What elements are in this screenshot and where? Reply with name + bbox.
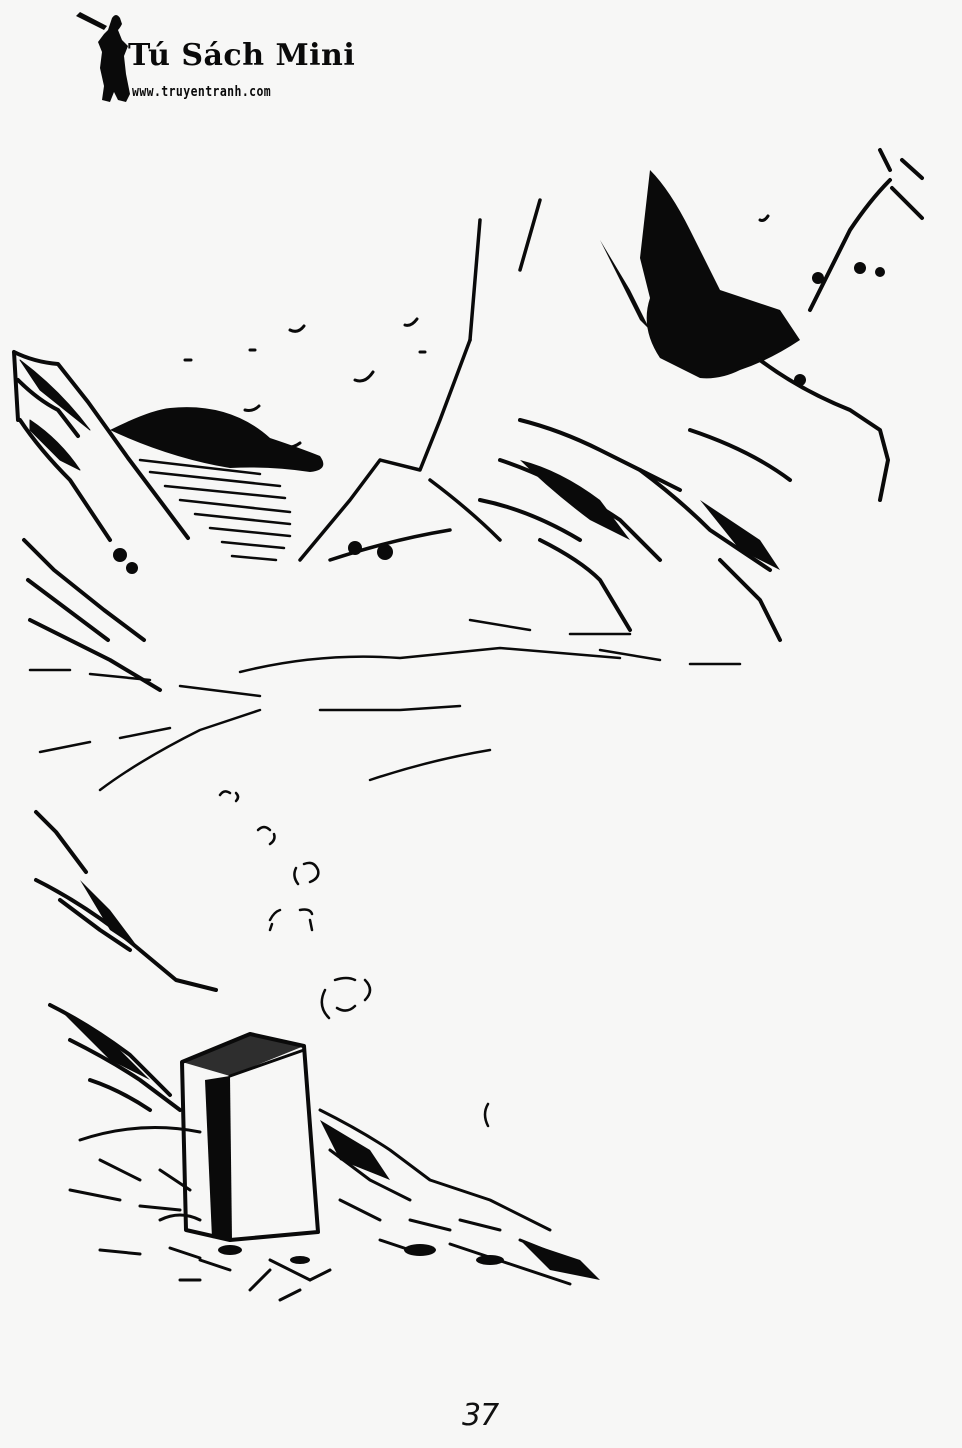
left-mountain [14, 352, 188, 690]
publisher-watermark: Tú Sách Mini www.truyentranh.com [74, 8, 354, 108]
dark-hill [110, 407, 323, 472]
publisher-title: Tú Sách Mini [128, 38, 355, 73]
publisher-url: www.truyentranh.com [132, 84, 271, 100]
hill-hatching [140, 460, 290, 560]
page-number: 37 [462, 1398, 498, 1433]
valley [30, 620, 740, 790]
landscape-illustration [0, 140, 962, 1320]
stone-marker [182, 1034, 318, 1240]
dark-peak [640, 170, 800, 378]
samurai-figure-icon [74, 8, 136, 108]
grass [70, 1110, 570, 1300]
comic-page: Tú Sách Mini www.truyentranh.com [0, 0, 962, 1448]
right-mountain [480, 150, 922, 640]
